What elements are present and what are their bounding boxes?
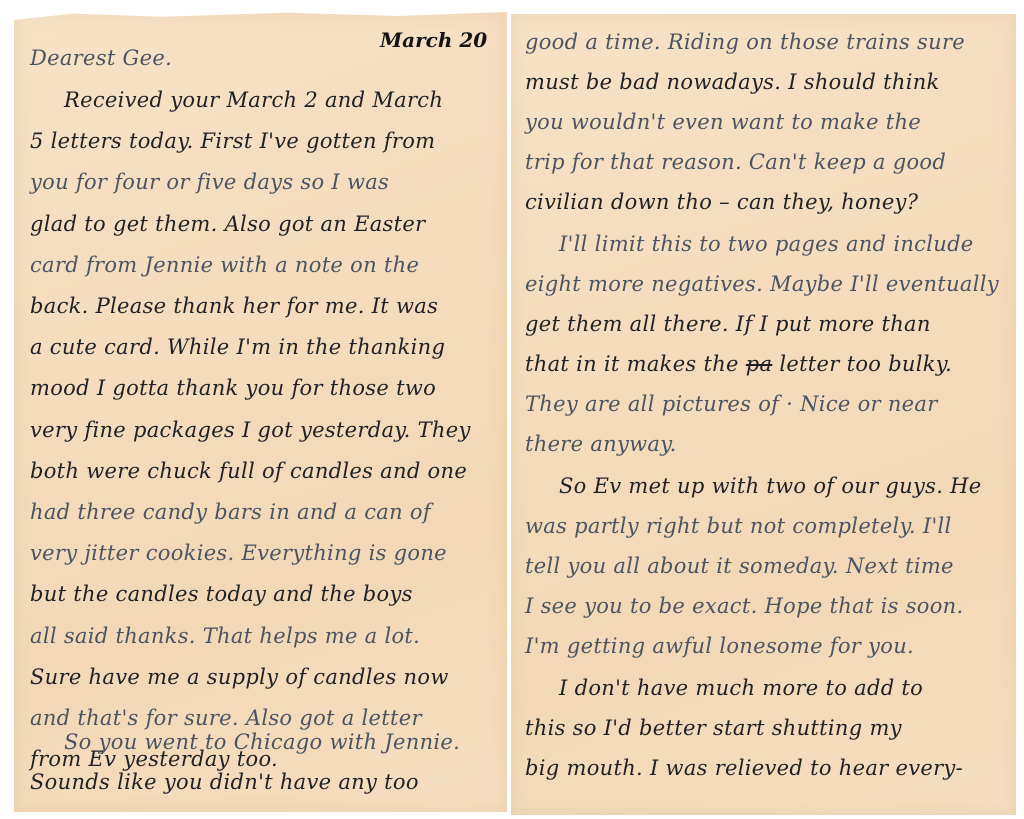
letter-line: there anyway. bbox=[525, 432, 677, 456]
letter-line: get them all there. If I put more than bbox=[525, 312, 931, 336]
letter-line: all said thanks. That helps me a lot. bbox=[30, 624, 420, 648]
letter-line: eight more negatives. Maybe I'll eventua… bbox=[525, 272, 999, 296]
letter-line: They are all pictures of · Nice or near bbox=[525, 392, 938, 416]
letter-line: I'll limit this to two pages and include bbox=[525, 232, 974, 256]
letter-line: I see you to be exact. Hope that is soon… bbox=[525, 594, 963, 618]
letter-text: letter too bulky. bbox=[779, 352, 952, 376]
letter-line: this so I'd better start shutting my bbox=[525, 716, 902, 740]
letter-line: a cute card. While I'm in the thanking bbox=[30, 335, 445, 359]
letter-line: civilian down tho – can they, honey? bbox=[525, 190, 918, 214]
letter-line: mood I gotta thank you for those two bbox=[30, 376, 436, 400]
letter-line: back. Please thank her for me. It was bbox=[30, 294, 438, 318]
letter-line: Sounds like you didn't have any too bbox=[30, 770, 419, 794]
struck-word: pa bbox=[746, 352, 773, 376]
letter-line: very jitter cookies. Everything is gone bbox=[30, 541, 447, 565]
letter-line: I'm getting awful lonesome for you. bbox=[525, 634, 914, 658]
letter-page-right: good a time. Riding on those trains sure… bbox=[511, 14, 1016, 815]
letter-line: was partly right but not completely. I'l… bbox=[525, 514, 952, 538]
letter-line: must be bad nowadays. I should think bbox=[525, 70, 940, 94]
letter-salutation: Dearest Gee. bbox=[30, 46, 172, 70]
letter-line: tell you all about it someday. Next time bbox=[525, 554, 954, 578]
letter-line: both were chuck full of candles and one bbox=[30, 459, 467, 483]
letter-line: Sure have me a supply of candles now bbox=[30, 665, 449, 689]
letter-line: you for four or five days so I was bbox=[30, 170, 389, 194]
letter-line: So you went to Chicago with Jennie. bbox=[30, 730, 460, 754]
letter-line: 5 letters today. First I've gotten from bbox=[30, 129, 435, 153]
letter-line: glad to get them. Also got an Easter bbox=[30, 212, 425, 236]
letter-date: March 20 bbox=[380, 28, 487, 52]
letter-line: So Ev met up with two of our guys. He bbox=[525, 474, 982, 498]
letter-line-with-strike: that in it makes the pa letter too bulky… bbox=[525, 352, 952, 376]
letter-text: that in it makes the bbox=[525, 352, 739, 376]
letter-line: I don't have much more to add to bbox=[525, 676, 923, 700]
letter-line: had three candy bars in and a can of bbox=[30, 500, 431, 524]
letter-page-left: March 20 Dearest Gee. Received your Marc… bbox=[14, 12, 507, 812]
letter-line: Received your March 2 and March bbox=[30, 88, 443, 112]
letter-line: trip for that reason. Can't keep a good bbox=[525, 150, 946, 174]
letter-line: card from Jennie with a note on the bbox=[30, 253, 419, 277]
letter-line: big mouth. I was relieved to hear every- bbox=[525, 756, 963, 780]
letter-line: and that's for sure. Also got a letter bbox=[30, 706, 422, 730]
letter-line: but the candles today and the boys bbox=[30, 582, 413, 606]
letter-line: you wouldn't even want to make the bbox=[525, 110, 921, 134]
letter-line: good a time. Riding on those trains sure bbox=[525, 30, 965, 54]
letter-line: very fine packages I got yesterday. They bbox=[30, 418, 471, 442]
